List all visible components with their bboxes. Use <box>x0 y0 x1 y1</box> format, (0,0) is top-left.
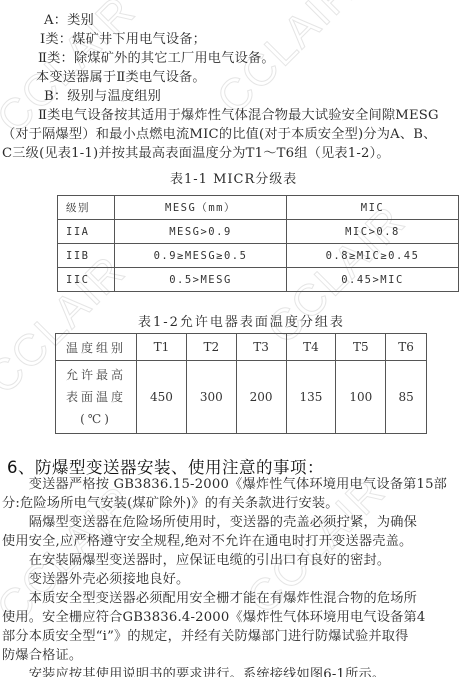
cell: 135 <box>286 361 336 434</box>
table2-caption: 表1-2允许电器表面温度分组表 <box>138 311 345 330</box>
header-cell: T5 <box>336 334 386 361</box>
header-cell: MIC <box>287 196 459 220</box>
paragraph-line: 变送器严格按 GB3836.15-2000《爆炸性气体环境用电气设备第15部 <box>2 476 447 494</box>
header-cell: T2 <box>186 334 236 361</box>
cell: 0.45>MIC <box>287 268 459 292</box>
cell: 300 <box>186 361 236 434</box>
cell: IIA <box>58 220 115 244</box>
paragraph-line: 防爆合格证。 <box>2 647 82 665</box>
table-header-row: 温度组别 T1 T2 T3 T4 T5 T6 <box>56 334 427 361</box>
table-row: IIA MESG>0.9 MIC>0.8 <box>58 220 459 244</box>
cell: 85 <box>386 361 427 434</box>
section-heading: 6、防爆型变送器安装、使用注意的事项： <box>7 454 324 478</box>
cell: MIC>0.8 <box>287 220 459 244</box>
cell: 100 <box>336 361 386 434</box>
table-header-row: 级别 MESG（mm） MIC <box>58 196 459 220</box>
table-row: IIC 0.5>MESG 0.45>MIC <box>58 268 459 292</box>
header-cell: T3 <box>236 334 286 361</box>
paragraph-line: 使用安全,应严格遵守安全规程,绝对不允许在通电时打开变送器壳盖。 <box>2 533 412 551</box>
table-row: IIB 0.9≥MESG≥0.5 0.8≥MIC≥0.45 <box>58 244 459 268</box>
header-cell: T1 <box>137 334 187 361</box>
paragraph-line: 本质安全型变送器必须配用安全栅才能在有爆炸性混合物的危场所 <box>2 590 417 608</box>
category-heading: A：类别 <box>44 12 94 30</box>
class-i-text: Ⅰ类：煤矿井下用电气设备； <box>40 31 206 49</box>
cell: 0.9≥MESG≥0.5 <box>115 244 287 268</box>
header-cell: MESG（mm） <box>115 196 287 220</box>
table1-caption: 表1-1 MICR分级表 <box>170 168 297 187</box>
cell: 200 <box>236 361 286 434</box>
paragraph-line: 隔爆型变送器在危险场所使用时，变送器的壳盖必须拧紧，为确保 <box>2 514 417 532</box>
paragraph-line: 分:危险场所电气安装(煤矿除外)》的有关条款进行安装。 <box>2 495 339 513</box>
table-row: 允许最高 表面温度 (℃) 450 300 200 135 100 85 <box>56 361 427 434</box>
class-ii-text: Ⅱ类：除煤矿外的其它工厂用电气设备。 <box>38 50 275 68</box>
header-cell: T6 <box>386 334 427 361</box>
cell: IIC <box>58 268 115 292</box>
paragraph-line: 在安装隔爆型变送器时，应保证电缆的引出口有良好的密封。 <box>2 552 390 570</box>
cell: 0.8≥MIC≥0.45 <box>287 244 459 268</box>
cell: 0.5>MESG <box>115 268 287 292</box>
temperature-group-table: 温度组别 T1 T2 T3 T4 T5 T6 允许最高 表面温度 (℃) 450… <box>55 333 427 434</box>
level-heading: B：级别与温度组别 <box>44 88 161 106</box>
cell: IIB <box>58 244 115 268</box>
cell: MESG>0.9 <box>115 220 287 244</box>
paragraph-line: Ⅱ类电气设备按其适用于爆炸性气体混合物最大试验安全间隙MESG <box>38 107 439 125</box>
row-label: 允许最高 表面温度 (℃) <box>56 361 137 434</box>
paragraph-line: 使用。安全栅应符合GB3836.4-2000《爆炸性气体环境用电气设备第4 <box>2 609 426 627</box>
micr-classification-table: 级别 MESG（mm） MIC IIA MESG>0.9 MIC>0.8 IIB… <box>57 195 459 292</box>
paragraph-line: 变送器外壳必须接地良好。 <box>2 571 189 589</box>
header-cell: 级别 <box>58 196 115 220</box>
paragraph-line: 安装应按其使用说明书的要求进行。系统接线如图6-1所示。 <box>2 666 385 677</box>
header-cell: 温度组别 <box>56 334 137 361</box>
paragraph-line: （对于隔爆型）和最小点燃电流MIC的比值(对于本质安全型)分为A、B、 <box>2 126 437 144</box>
paragraph-line: 部分本质安全型“i”》的规定，并经有关防爆部门进行防爆试验并取得 <box>2 628 409 646</box>
header-cell: T4 <box>286 334 336 361</box>
class-statement: 本变送器属于Ⅱ类电气设备。 <box>36 69 206 87</box>
cell: 450 <box>137 361 187 434</box>
paragraph-line: C三级(见表1-1)并按其最高表面温度分为T1～T6组（见表1-2）。 <box>2 145 390 163</box>
